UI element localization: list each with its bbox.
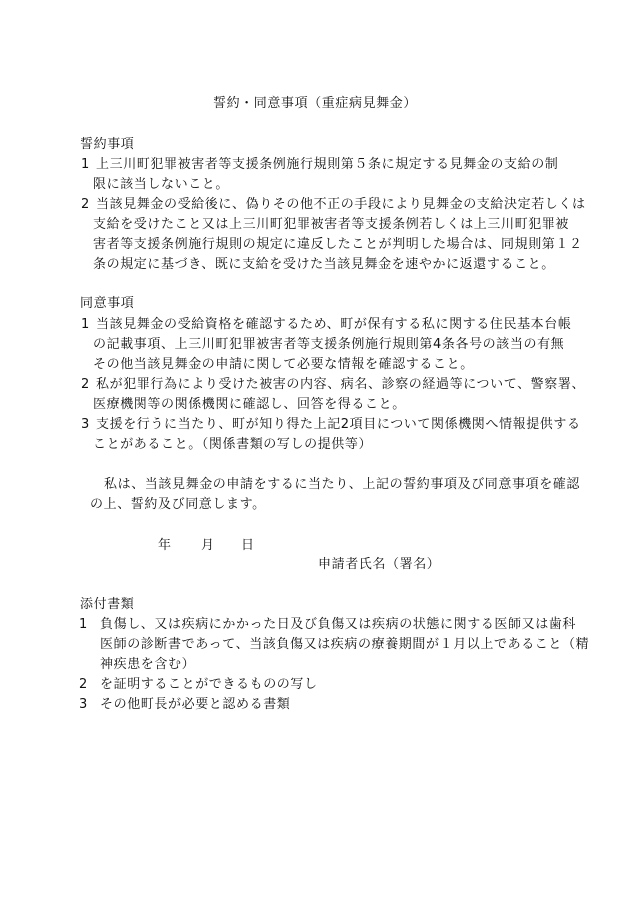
attachment-item-number: 1 — [79, 616, 87, 634]
consent-item-text: ことがあること。（関係書類の写しの提供等） — [93, 436, 372, 454]
consent-item-number: 1 — [81, 316, 89, 334]
attachment-item-text: 負傷し、又は疾病にかかった日及び負傷又は疾病の状態に関する医師又は歯科 — [100, 616, 576, 634]
consent-item-text: の記載事項、上三川町犯罪被害者等支援条例施行規則第4条各号の該当の有無 — [93, 336, 564, 354]
consent-item-text: 私が犯罪行為により受けた被害の内容、病名、診察の経過等について、警察署、 — [96, 376, 585, 394]
attachment-item-text: 神疾患を含む） — [100, 656, 195, 674]
consent-item-text: 支援を行うに当たり、町が知り得た上記2項目について関係機関へ情報提供する — [96, 416, 581, 434]
pledge-item-text: 害者等支援条例施行規則の規定に違反したことが判明した場合は、同規則第１２ — [93, 236, 583, 254]
date-year-label: 年 — [158, 537, 172, 555]
attachments-heading: 添付書類 — [80, 596, 134, 614]
consent-item-number: 2 — [81, 376, 89, 394]
pledge-item-text: 上三川町犯罪被害者等支援条例施行規則第５条に規定する見舞金の支給の制 — [96, 156, 558, 174]
attachment-item-text: を証明することができるものの写し — [100, 676, 318, 694]
pledge-item-number: 2 — [81, 196, 89, 214]
pledge-item-text: 当該見舞金の受給後に、偽りその他不正の手段により見舞金の支給決定若しくは — [96, 196, 586, 214]
date-day-label: 日 — [241, 537, 255, 555]
consent-item-number: 3 — [81, 416, 89, 434]
attachment-item-text: その他町長が必要と認める書類 — [100, 696, 290, 714]
attachment-item-number: 2 — [79, 676, 87, 694]
document-title: 誓約・同意事項（重症病見舞金） — [0, 95, 630, 113]
attachment-item-number: 3 — [79, 696, 87, 714]
pledge-item-number: 1 — [81, 156, 89, 174]
declaration-text: の上、誓約及び同意します。 — [90, 496, 266, 514]
pledge-item-text: 支給を受けたこと又は上三川町犯罪被害者等支援条例若しくは上三川町犯罪被 — [93, 216, 569, 234]
consent-item-text: 当該見舞金の受給資格を確認するため、町が保有する私に関する住民基本台帳 — [96, 316, 571, 334]
pledge-item-text: 限に該当しないこと。 — [93, 176, 229, 194]
consent-item-text: 医療機関等の関係機関に確認し、回答を得ること。 — [93, 396, 406, 414]
pledge-item-text: 条の規定に基づき、既に支給を受けた当該見舞金を速やかに返還すること。 — [93, 256, 555, 274]
attachment-item-text: 医師の診断書であって、当該負傷又は疾病の療養期間が１月以上であること（精 — [100, 636, 589, 654]
consent-heading: 同意事項 — [80, 295, 134, 313]
pledge-heading: 誓約事項 — [80, 136, 134, 154]
declaration-text: 私は、当該見舞金の申請をするに当たり、上記の誓約事項及び同意事項を確認 — [104, 476, 580, 494]
date-month-label: 月 — [201, 537, 215, 555]
consent-item-text: その他当該見舞金の申請に関して必要な情報を確認すること。 — [93, 356, 474, 374]
document-page: 誓約・同意事項（重症病見舞金） 誓約事項 1 上三川町犯罪被害者等支援条例施行規… — [0, 0, 630, 903]
signature-label: 申請者氏名（署名） — [318, 556, 440, 574]
